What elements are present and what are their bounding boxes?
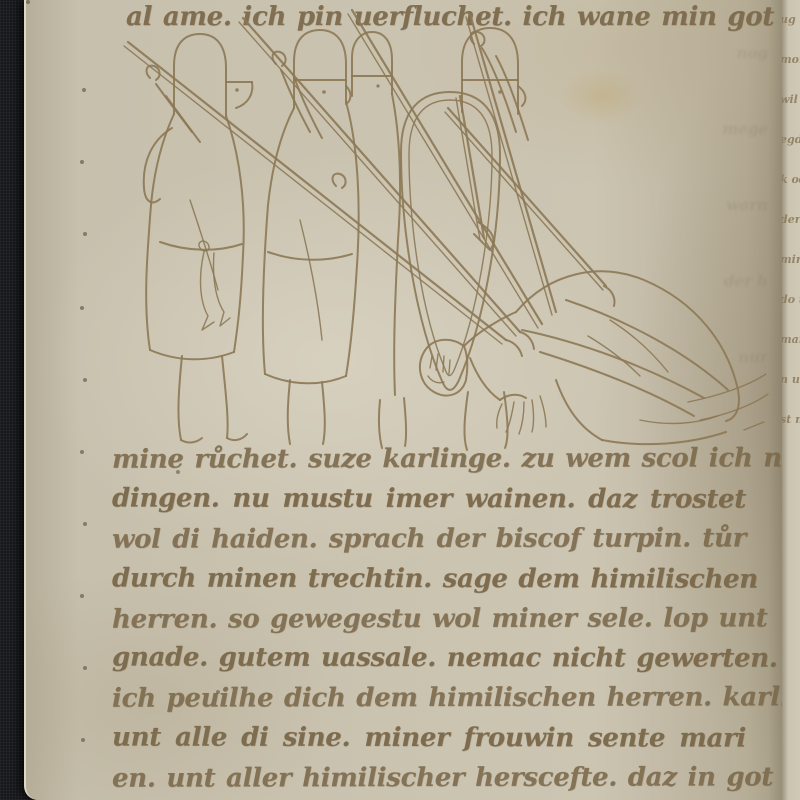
facing-page-text-fragment: do t (782, 280, 798, 320)
text-line: dingen. nu mustu imer wainen. daz troste… (112, 479, 746, 520)
facing-page-text-fragment: der (782, 200, 798, 240)
text-line: mine růchet. suze karlinge. zu wem scol … (112, 439, 746, 480)
text-line: wol di haiden. sprach der biscof turpin.… (112, 519, 746, 560)
text-block: mine růchet. suze karlinge. zu wem scol … (112, 440, 746, 800)
pricking-dots (26, 0, 30, 4)
text-line: en. unt aller himilischer herscefte. daz… (112, 758, 746, 799)
text-line: ich peuilhe dich dem himilischen herren.… (112, 679, 746, 720)
facing-page-text-fragment: mon. (782, 40, 798, 80)
facing-page-edge: ug mon. wil g egde k ode der mir do t ma… (782, 0, 800, 800)
text-line-top: al ame. ich pin uerfluchet. ich wane min… (126, 2, 738, 32)
text-line: herren. so gewegestu wol miner sele. lop… (112, 599, 746, 640)
facing-page-text-fragment: wil g (782, 80, 798, 120)
text-line: durch minen trechtin. sage dem himilisch… (112, 559, 746, 600)
facing-page-text-fragment: ug (782, 0, 798, 40)
facing-page-text-fragment: mir (782, 240, 798, 280)
facing-page-text-fragment: n ua (782, 360, 798, 400)
text-line: unt alle di sine. miner frouwin sente ma… (112, 719, 746, 760)
facing-page-text-fragment: k ode (782, 160, 798, 200)
facing-page-text-fragment: st ma (782, 400, 798, 440)
text-line: gnade. gutem uassale. nemac nicht gewert… (112, 639, 746, 680)
facing-page-text-fragment: mar (782, 320, 798, 360)
facing-page-text-fragment: egde (782, 120, 798, 160)
